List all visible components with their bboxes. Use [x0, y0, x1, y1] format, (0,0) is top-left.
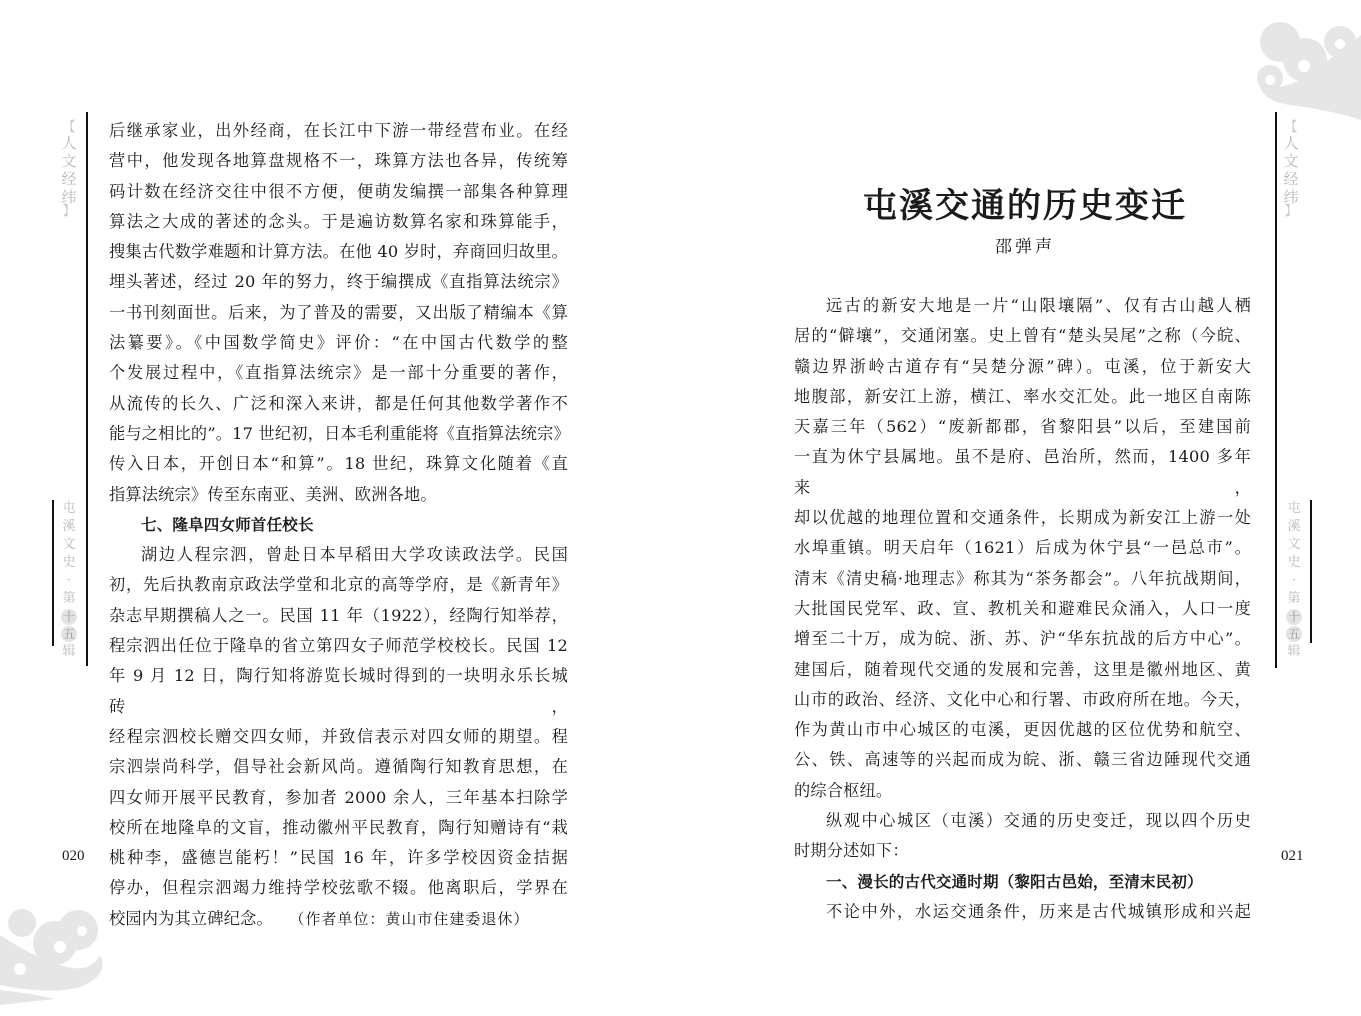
cloud-ornament-icon [1240, 10, 1361, 120]
series-char: 文 [60, 536, 78, 554]
text-line: 校所在地隆阜的文盲，推动徽州平民教育，陶行知赠诗有“栽 [109, 813, 568, 843]
text-line: 算法之大成的著述的念头。于是遍访数算名家和珠算能手， [109, 207, 568, 237]
page-number: 020 [62, 848, 85, 865]
text-line: 停办，但程宗泗竭力维持学校弦歌不辍。他离职后，学界在 [109, 873, 568, 903]
margin-rule [1275, 112, 1277, 668]
series-char: 屯 [60, 500, 78, 518]
author-affiliation: （作者单位：黄山市住建委退休） [297, 910, 530, 928]
text-line: 年 9 月 12 日，陶行知将游览长城时得到的一块明永乐长城砖， [109, 661, 568, 722]
text-line: 增至二十万，成为皖、浙、苏、沪“华东抗战的后方中心”。 [794, 624, 1251, 654]
text-line: 湖边人程宗泗，曾赴日本早稻田大学攻读政法学。民国 [109, 540, 568, 570]
right-page: 【 人 文 经 纬 】 屯 溪 文 史 · 第 十 五 辑 021 屯溪交通的历… [680, 0, 1361, 1016]
text-line: 建国后，随着现代交通的发展和完善，这里是徽州地区、黄 [794, 655, 1251, 685]
text-line: 天嘉三年（562）“废新都郡，省黎阳县”以后，至建国前 [794, 412, 1251, 442]
text-line: 码计数在经济交往中很不方便，便萌发编撰一部集各种算理 [109, 177, 568, 207]
text-line: 清末《清史稿·地理志》称其为“茶务都会”。八年抗战期间， [794, 564, 1251, 594]
series-char: 辑 [1285, 643, 1303, 661]
series-char: 辑 [60, 643, 78, 661]
series-rule [52, 500, 54, 646]
series-char: 屯 [1285, 500, 1303, 518]
text-line: 能与之相比的”。17 世纪初，日本毛利重能将《直指算法统宗》 [109, 419, 568, 449]
series-char: 溪 [60, 518, 78, 536]
text-line: 从流传的长久、广泛和深入来讲，都是任何其他数学著作不 [109, 389, 568, 419]
series-char: 史 [60, 554, 78, 572]
text-line-end: 校园内为其立碑纪念。 [109, 909, 273, 928]
text-line: 经程宗泗校长赠交四女师，并致信表示对四女师的期望。程 [109, 722, 568, 752]
issue-number-circle: 十 [1286, 609, 1302, 625]
column-label-char: 文 [1282, 152, 1300, 170]
margin-rule [86, 112, 88, 666]
series-char: · [1285, 572, 1303, 590]
series-char: 文 [1285, 536, 1303, 554]
text-line: 四女师开展平民教育，参加者 2000 余人，三年基本扫除学 [109, 783, 568, 813]
text-line: 传入日本，开创日本“和算”。18 世纪，珠算文化随着《直 [109, 449, 568, 479]
text-line: 法纂要》。《中国数学简史》评价：“在中国古代数学的整 [109, 328, 568, 358]
series-rule [1310, 500, 1312, 643]
issue-number-circle: 五 [1286, 626, 1302, 642]
column-label-char: 人 [60, 134, 78, 152]
article-author: 邵弹声 [860, 232, 1190, 257]
text-line: 指算法统宗》传至东南亚、美洲、欧洲各地。 [109, 480, 568, 510]
column-label-char: 经 [1282, 170, 1300, 188]
column-label: 【 人 文 经 纬 】 [60, 122, 78, 218]
text-line: 埋头著述，经过 20 年的努力，终于编撰成《直指算法统宗》 [109, 267, 568, 297]
series-char: 第 [1285, 590, 1303, 608]
article-title: 屯溪交通的历史变迁 [860, 178, 1190, 227]
text-line: 大批国民党军、政、宣、教机关和避难民众涌入，人口一度 [794, 594, 1251, 624]
text-line: 却以优越的地理位置和交通条件，长期成为新安江上游一处 [794, 503, 1251, 533]
text-line: 不论中外，水运交通条件，历来是古代城镇形成和兴起 [794, 897, 1251, 927]
column-label-char: 文 [60, 152, 78, 170]
text-line: 纵观中心城区（屯溪）交通的历史变迁，现以四个历史 [794, 806, 1251, 836]
text-line: 宗泗崇尚科学，倡导社会新风尚。遵循陶行知教育思想，在 [109, 752, 568, 782]
text-line: 桃种李，盛德岂能朽！”民国 16 年，许多学校因资金拮据 [109, 843, 568, 873]
text-line: 个发展过程中，《直指算法统宗》是一部十分重要的著作， [109, 358, 568, 388]
text-line: 作为黄山市中心城区的屯溪，更因优越的区位优势和航空、 [794, 715, 1251, 745]
text-line: 远古的新安大地是一片“山限壤隔”、仅有古山越人栖 [794, 291, 1251, 321]
column-label-char: 经 [60, 170, 78, 188]
text-line: 的综合枢纽。 [794, 776, 1251, 806]
column-label: 【 人 文 经 纬 】 [1282, 122, 1300, 218]
column-label-char: 人 [1282, 134, 1300, 152]
text-line: 公、铁、高速等的兴起而成为皖、浙、赣三省边陲现代交通 [794, 745, 1251, 775]
text-line: 水埠重镇。明天启年（1621）后成为休宁县“一邑总市”。 [794, 533, 1251, 563]
bracket-close: 】 [60, 206, 78, 218]
text-line: 搜集古代数学难题和计算方法。在他 40 岁时，弃商回归故里。 [109, 237, 568, 267]
text-line: 时期分述如下： [794, 836, 1251, 866]
text-line: 赣边界浙岭古道存有“吴楚分源”碑）。屯溪，位于新安大 [794, 352, 1251, 382]
issue-number-circle: 五 [61, 626, 77, 642]
body-text: 后继承家业，出外经商，在长江中下游一带经营布业。在经 营中，他发现各地算盘规格不… [109, 116, 568, 934]
series-label: 屯 溪 文 史 · 第 十 五 辑 [60, 500, 78, 661]
bracket-close: 】 [1282, 206, 1300, 218]
bracket-open: 【 [60, 122, 78, 134]
series-char: 第 [60, 590, 78, 608]
body-text: 远古的新安大地是一片“山限壤隔”、仅有古山越人栖 居的“僻壤”，交通闭塞。史上曾… [794, 291, 1251, 927]
series-char: 溪 [1285, 518, 1303, 536]
section-heading: 一、漫长的古代交通时期（黎阳古邑始，至清末民初） [794, 867, 1251, 897]
series-char: · [60, 572, 78, 590]
text-line: 地腹部，新安江上游，横江、率水交汇处。此一地区自南陈 [794, 382, 1251, 412]
text-line: 杂志早期撰稿人之一。民国 11 年（1922），经陶行知举荐， [109, 601, 568, 631]
left-page: 【 人 文 经 纬 】 屯 溪 文 史 · 第 十 五 辑 020 后继承家业，… [0, 0, 680, 1016]
text-line: 校园内为其立碑纪念。（作者单位：黄山市住建委退休） [109, 904, 568, 934]
text-line: 营中，他发现各地算盘规格不一，珠算方法也各异，传统筹 [109, 146, 568, 176]
cloud-ornament-icon [0, 895, 120, 1005]
text-line: 山市的政治、经济、文化中心和行署、市政府所在地。今天， [794, 685, 1251, 715]
series-label: 屯 溪 文 史 · 第 十 五 辑 [1285, 500, 1303, 661]
page-number: 021 [1281, 848, 1304, 865]
issue-number-circle: 十 [61, 609, 77, 625]
section-heading: 七、隆阜四女师首任校长 [109, 510, 568, 540]
text-line: 一书刊刻面世。后来，为了普及的需要，又出版了精编本《算 [109, 298, 568, 328]
text-line: 居的“僻壤”，交通闭塞。史上曾有“楚头吴尾”之称（今皖、 [794, 321, 1251, 351]
text-line: 后继承家业，出外经商，在长江中下游一带经营布业。在经 [109, 116, 568, 146]
text-line: 初，先后执教南京政法学堂和北京的高等学府，是《新青年》 [109, 570, 568, 600]
bracket-open: 【 [1282, 122, 1300, 134]
text-line: 一直为休宁县属地。虽不是府、邑治所，然而，1400 多年来， [794, 442, 1251, 503]
series-char: 史 [1285, 554, 1303, 572]
text-line: 程宗泗出任位于隆阜的省立第四女子师范学校校长。民国 12 [109, 631, 568, 661]
